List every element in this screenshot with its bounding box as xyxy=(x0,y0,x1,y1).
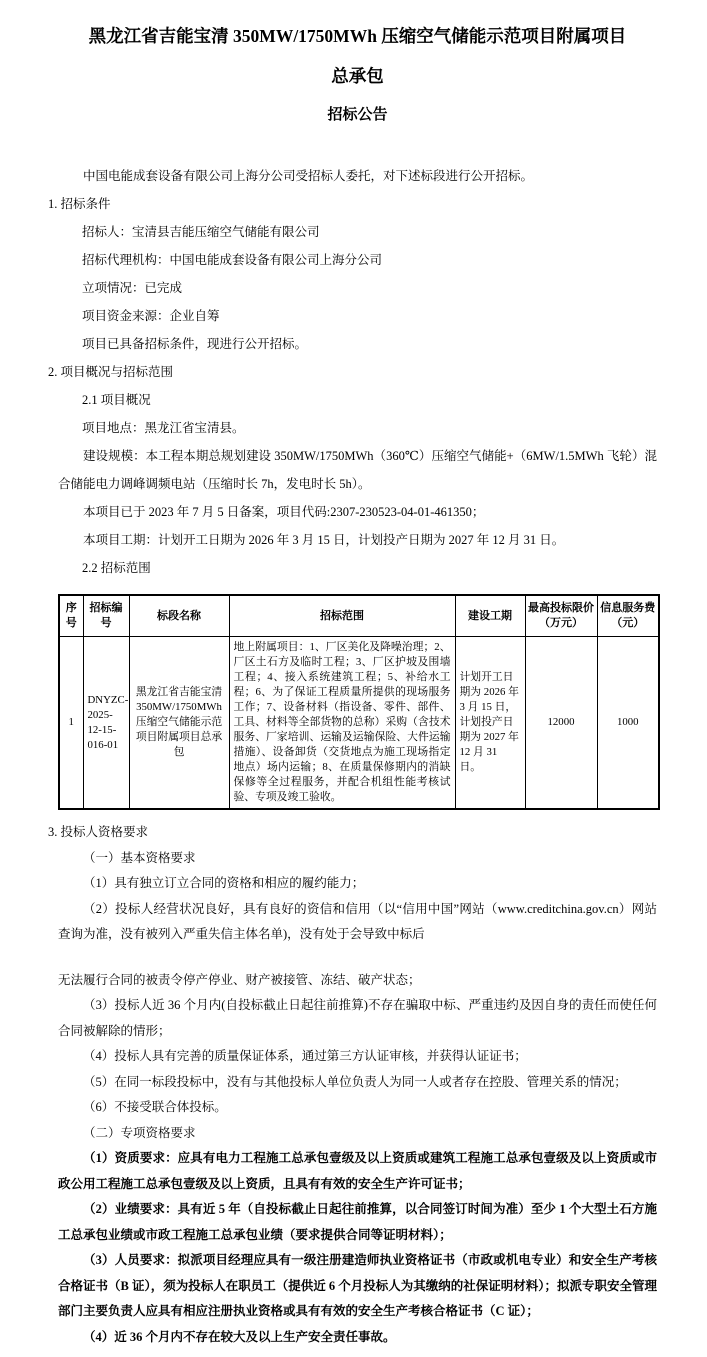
section-1-heading: 1. 招标条件 xyxy=(48,190,657,218)
cell-serial-no: 1 xyxy=(59,637,83,810)
document-title-line2: 总承包 xyxy=(58,56,657,96)
special-requirements-heading: （二）专项资格要求 xyxy=(58,1121,657,1147)
approval-status-line: 立项情况：已完成 xyxy=(58,274,657,302)
basic-requirement-6: （6）不接受联合体投标。 xyxy=(58,1095,657,1121)
document-title-line1: 黑龙江省吉能宝清 350MW/1750MWh 压缩空气储能示范项目附属项目 xyxy=(58,16,657,56)
basic-requirement-2-part2: 无法履行合同的被责令停产停业、财产被接管、冻结、破产状态； xyxy=(58,968,657,994)
construction-scale-paragraph: 建设规模：本工程本期总规划建设 350MW/1750MWh（360℃）压缩空气储… xyxy=(58,442,657,498)
basic-requirement-2-part1: （2）投标人经营状况良好，具有良好的资信和信用（以“信用中国”网站（www.cr… xyxy=(58,897,657,948)
tender-condition-line: 项目已具备招标条件，现进行公开招标。 xyxy=(58,330,657,358)
agency-line: 招标代理机构：中国电能成套设备有限公司上海分公司 xyxy=(58,246,657,274)
project-schedule-line: 本项目工期：计划开工日期为 2026 年 3 月 15 日，计划投产日期为 20… xyxy=(58,526,657,554)
basic-requirement-5: （5）在同一标段投标中，没有与其他投标人单位负责人为同一人或者存在控股、管理关系… xyxy=(58,1070,657,1096)
table-header-row: 序号 招标编号 标段名称 招标范围 建设工期 最高投标限价（万元） 信息服务费（… xyxy=(59,595,659,637)
col-header-bid-scope: 招标范围 xyxy=(229,595,455,637)
cell-max-bid-price: 12000 xyxy=(525,637,597,810)
special-requirement-3-personnel: （3）人员要求：拟派项目经理应具有一级注册建造师执业资格证书（市政或机电专业）和… xyxy=(58,1248,657,1325)
cell-info-service-fee: 1000 xyxy=(597,637,659,810)
cell-section-name: 黑龙江省吉能宝清 350MW/1750MWh 压缩空气储能示范项目附属项目总承包 xyxy=(129,637,229,810)
document-subtitle: 招标公告 xyxy=(58,96,657,134)
paragraph-gap xyxy=(58,948,657,968)
basic-requirements-heading: （一）基本资格要求 xyxy=(58,846,657,872)
basic-requirement-3: （3）投标人近 36 个月内(自投标截止日起往前推算)不存在骗取中标、严重违约及… xyxy=(58,993,657,1044)
tenderee-line: 招标人：宝清县吉能压缩空气储能有限公司 xyxy=(58,218,657,246)
col-header-section-name: 标段名称 xyxy=(129,595,229,637)
document-title: 黑龙江省吉能宝清 350MW/1750MWh 压缩空气储能示范项目附属项目 总承… xyxy=(58,16,657,96)
col-header-bid-number: 招标编号 xyxy=(83,595,129,637)
col-header-max-bid-price: 最高投标限价（万元） xyxy=(525,595,597,637)
section-2-heading: 2. 项目概况与招标范围 xyxy=(48,358,657,386)
col-header-info-service-fee: 信息服务费（元） xyxy=(597,595,659,637)
intro-paragraph: 中国电能成套设备有限公司上海分公司受招标人委托，对下述标段进行公开招标。 xyxy=(58,162,657,190)
table-row: 1 DNYZC-2025-12-15-016-01 黑龙江省吉能宝清 350MW… xyxy=(59,637,659,810)
section-2-1-heading: 2.1 项目概况 xyxy=(58,386,657,414)
special-requirement-4-safety: （4）近 36 个月内不存在较大及以上生产安全责任事故。 xyxy=(58,1325,657,1351)
project-location-line: 项目地点：黑龙江省宝清县。 xyxy=(58,414,657,442)
project-filing-line: 本项目已于 2023 年 7 月 5 日备案，项目代码:2307-230523-… xyxy=(58,498,657,526)
special-requirement-1-qualification: （1）资质要求：应具有电力工程施工总承包壹级及以上资质或建筑工程施工总承包壹级及… xyxy=(58,1146,657,1197)
funding-source-line: 项目资金来源：企业自筹 xyxy=(58,302,657,330)
col-header-construction-period: 建设工期 xyxy=(455,595,525,637)
cell-bid-scope: 地上附属项目：1、厂区美化及降噪治理；2、厂区土石方及临时工程；3、厂区护坡及围… xyxy=(229,637,455,810)
cell-construction-period: 计划开工日期为 2026 年 3 月 15 日，计划投产日期为 2027 年 1… xyxy=(455,637,525,810)
special-requirement-2-performance: （2）业绩要求：具有近 5 年（自投标截止日起往前推算，以合同签订时间为准）至少… xyxy=(58,1197,657,1248)
section-3-heading: 3. 投标人资格要求 xyxy=(48,820,657,846)
bid-section-table: 序号 招标编号 标段名称 招标范围 建设工期 最高投标限价（万元） 信息服务费（… xyxy=(58,594,660,810)
cell-bid-number: DNYZC-2025-12-15-016-01 xyxy=(83,637,129,810)
basic-requirement-4: （4）投标人具有完善的质量保证体系，通过第三方认证审核，并获得认证证书； xyxy=(58,1044,657,1070)
tender-announcement-document: 黑龙江省吉能宝清 350MW/1750MWh 压缩空气储能示范项目附属项目 总承… xyxy=(0,0,707,1350)
basic-requirement-1: （1）具有独立订立合同的资格和相应的履约能力； xyxy=(58,871,657,897)
section-2-2-heading: 2.2 招标范围 xyxy=(58,554,657,582)
col-header-serial-no: 序号 xyxy=(59,595,83,637)
